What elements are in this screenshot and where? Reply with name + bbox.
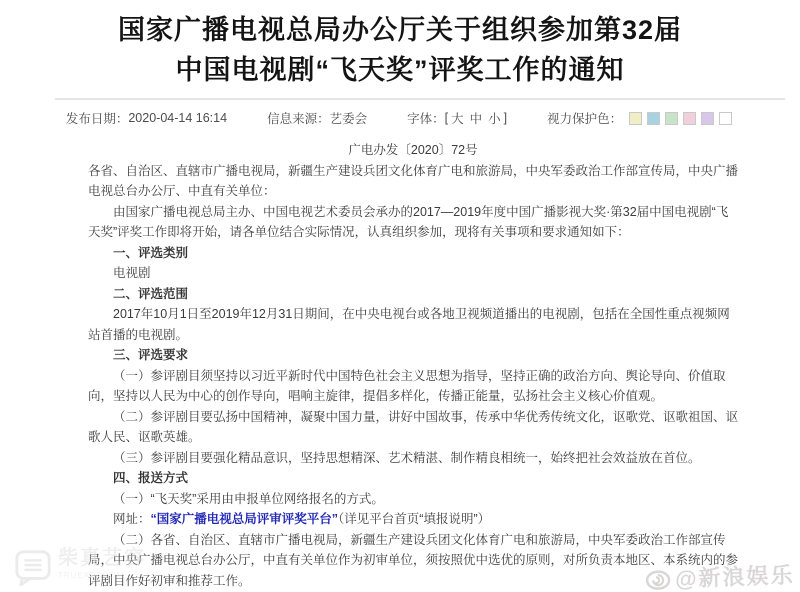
page-title-line1: 国家广播电视总局办公厅关于组织参加第32届 <box>0 10 800 50</box>
font-size-control: 字体： [ 大中小 ] <box>407 109 507 127</box>
paragraph: 电视剧 <box>88 263 738 284</box>
info-source-label: 信息来源： <box>267 109 330 127</box>
publish-date-label: 发布日期： <box>66 109 129 127</box>
paragraph: 2017年10月1日至2019年12月31日期间，在中央电视台或各地卫视频道播出… <box>88 304 738 345</box>
publish-date: 发布日期： 2020-04-14 16:14 <box>66 109 227 127</box>
section-heading: 四、报送方式 <box>88 468 738 489</box>
section-heading: 二、评选范围 <box>88 284 738 305</box>
section-heading: 一、评选类别 <box>88 243 738 264</box>
paragraph: （一）参评剧目须坚持以习近平新时代中国特色社会主义思想为指导，坚持正确的政治方向… <box>88 366 738 407</box>
font-size-options: 大中小 <box>448 109 504 127</box>
info-bar: 发布日期： 2020-04-14 16:14 信息来源： 艺委会 字体： [ 大… <box>0 100 800 136</box>
eye-protect-swatches <box>626 112 734 125</box>
paragraph: 网址：“国家广播电视总局评审评奖平台”（详见平台首页“填报说明”） <box>88 509 738 530</box>
paragraph: （二）参评剧目要弘扬中国精神，凝聚中国力量，讲好中国故事，传承中华优秀传统文化，… <box>88 407 738 448</box>
paragraph: （二）各省、自治区、直辖市广播电视局，新疆生产建设兵团文化体育广电和旅游局，中央… <box>88 530 738 592</box>
eye-protect-swatch[interactable] <box>665 112 678 125</box>
font-size-option[interactable]: 大 <box>451 112 464 126</box>
paragraph: （一）“飞天奖”采用由申报单位网络报名的方式。 <box>88 489 738 510</box>
info-source-value: 艺委会 <box>330 109 368 127</box>
eye-protect-control: 视力保护色： <box>547 109 734 127</box>
section-heading: 三、评选要求 <box>88 345 738 366</box>
paragraph: 各省、自治区、直辖市广播电视局，新疆生产建设兵团文化体育广电和旅游局，中央军委政… <box>88 161 738 202</box>
paragraph: （三）参评剧目要强化精品意识，坚持思想精深、艺术精湛、制作精良相统一，始终把社会… <box>88 448 738 469</box>
paragraph-list: 各省、自治区、直辖市广播电视局，新疆生产建设兵团文化体育广电和旅游局，中央军委政… <box>88 161 738 592</box>
eye-protect-label: 视力保护色： <box>547 109 622 127</box>
info-source: 信息来源： 艺委会 <box>267 109 367 127</box>
font-size-bracket-close: ] <box>504 111 507 125</box>
paragraph: 由国家广播电视总局主办、中国电视艺术委员会承办的2017—2019年度中国广播影… <box>88 202 738 243</box>
publish-date-value: 2020-04-14 16:14 <box>128 111 227 125</box>
paragraph-text: （详见平台首页“填报说明”） <box>338 512 490 526</box>
font-size-option[interactable]: 中 <box>470 112 483 126</box>
speech-bubble-icon <box>14 548 52 586</box>
page-title-line2: 中国电视剧“飞天奖”评奖工作的通知 <box>0 50 800 90</box>
page-title: 国家广播电视总局办公厅关于组织参加第32届 中国电视剧“飞天奖”评奖工作的通知 <box>0 0 800 90</box>
eye-protect-swatch[interactable] <box>719 112 732 125</box>
notice-page: 国家广播电视总局办公厅关于组织参加第32届 中国电视剧“飞天奖”评奖工作的通知 … <box>0 0 800 592</box>
eye-protect-swatch[interactable] <box>701 112 714 125</box>
doc-number: 广电办发〔2020〕72号 <box>88 140 738 161</box>
document-body: 广电办发〔2020〕72号 各省、自治区、直辖市广播电视局，新疆生产建设兵团文化… <box>88 140 738 591</box>
eye-protect-swatch[interactable] <box>647 112 660 125</box>
font-size-option[interactable]: 小 <box>488 112 501 126</box>
paragraph-text: 网址： <box>113 512 151 526</box>
platform-link[interactable]: “国家广播电视总局评审评奖平台” <box>151 512 339 526</box>
font-size-label: 字体： <box>407 109 445 127</box>
eye-protect-swatch[interactable] <box>629 112 642 125</box>
eye-protect-swatch[interactable] <box>683 112 696 125</box>
